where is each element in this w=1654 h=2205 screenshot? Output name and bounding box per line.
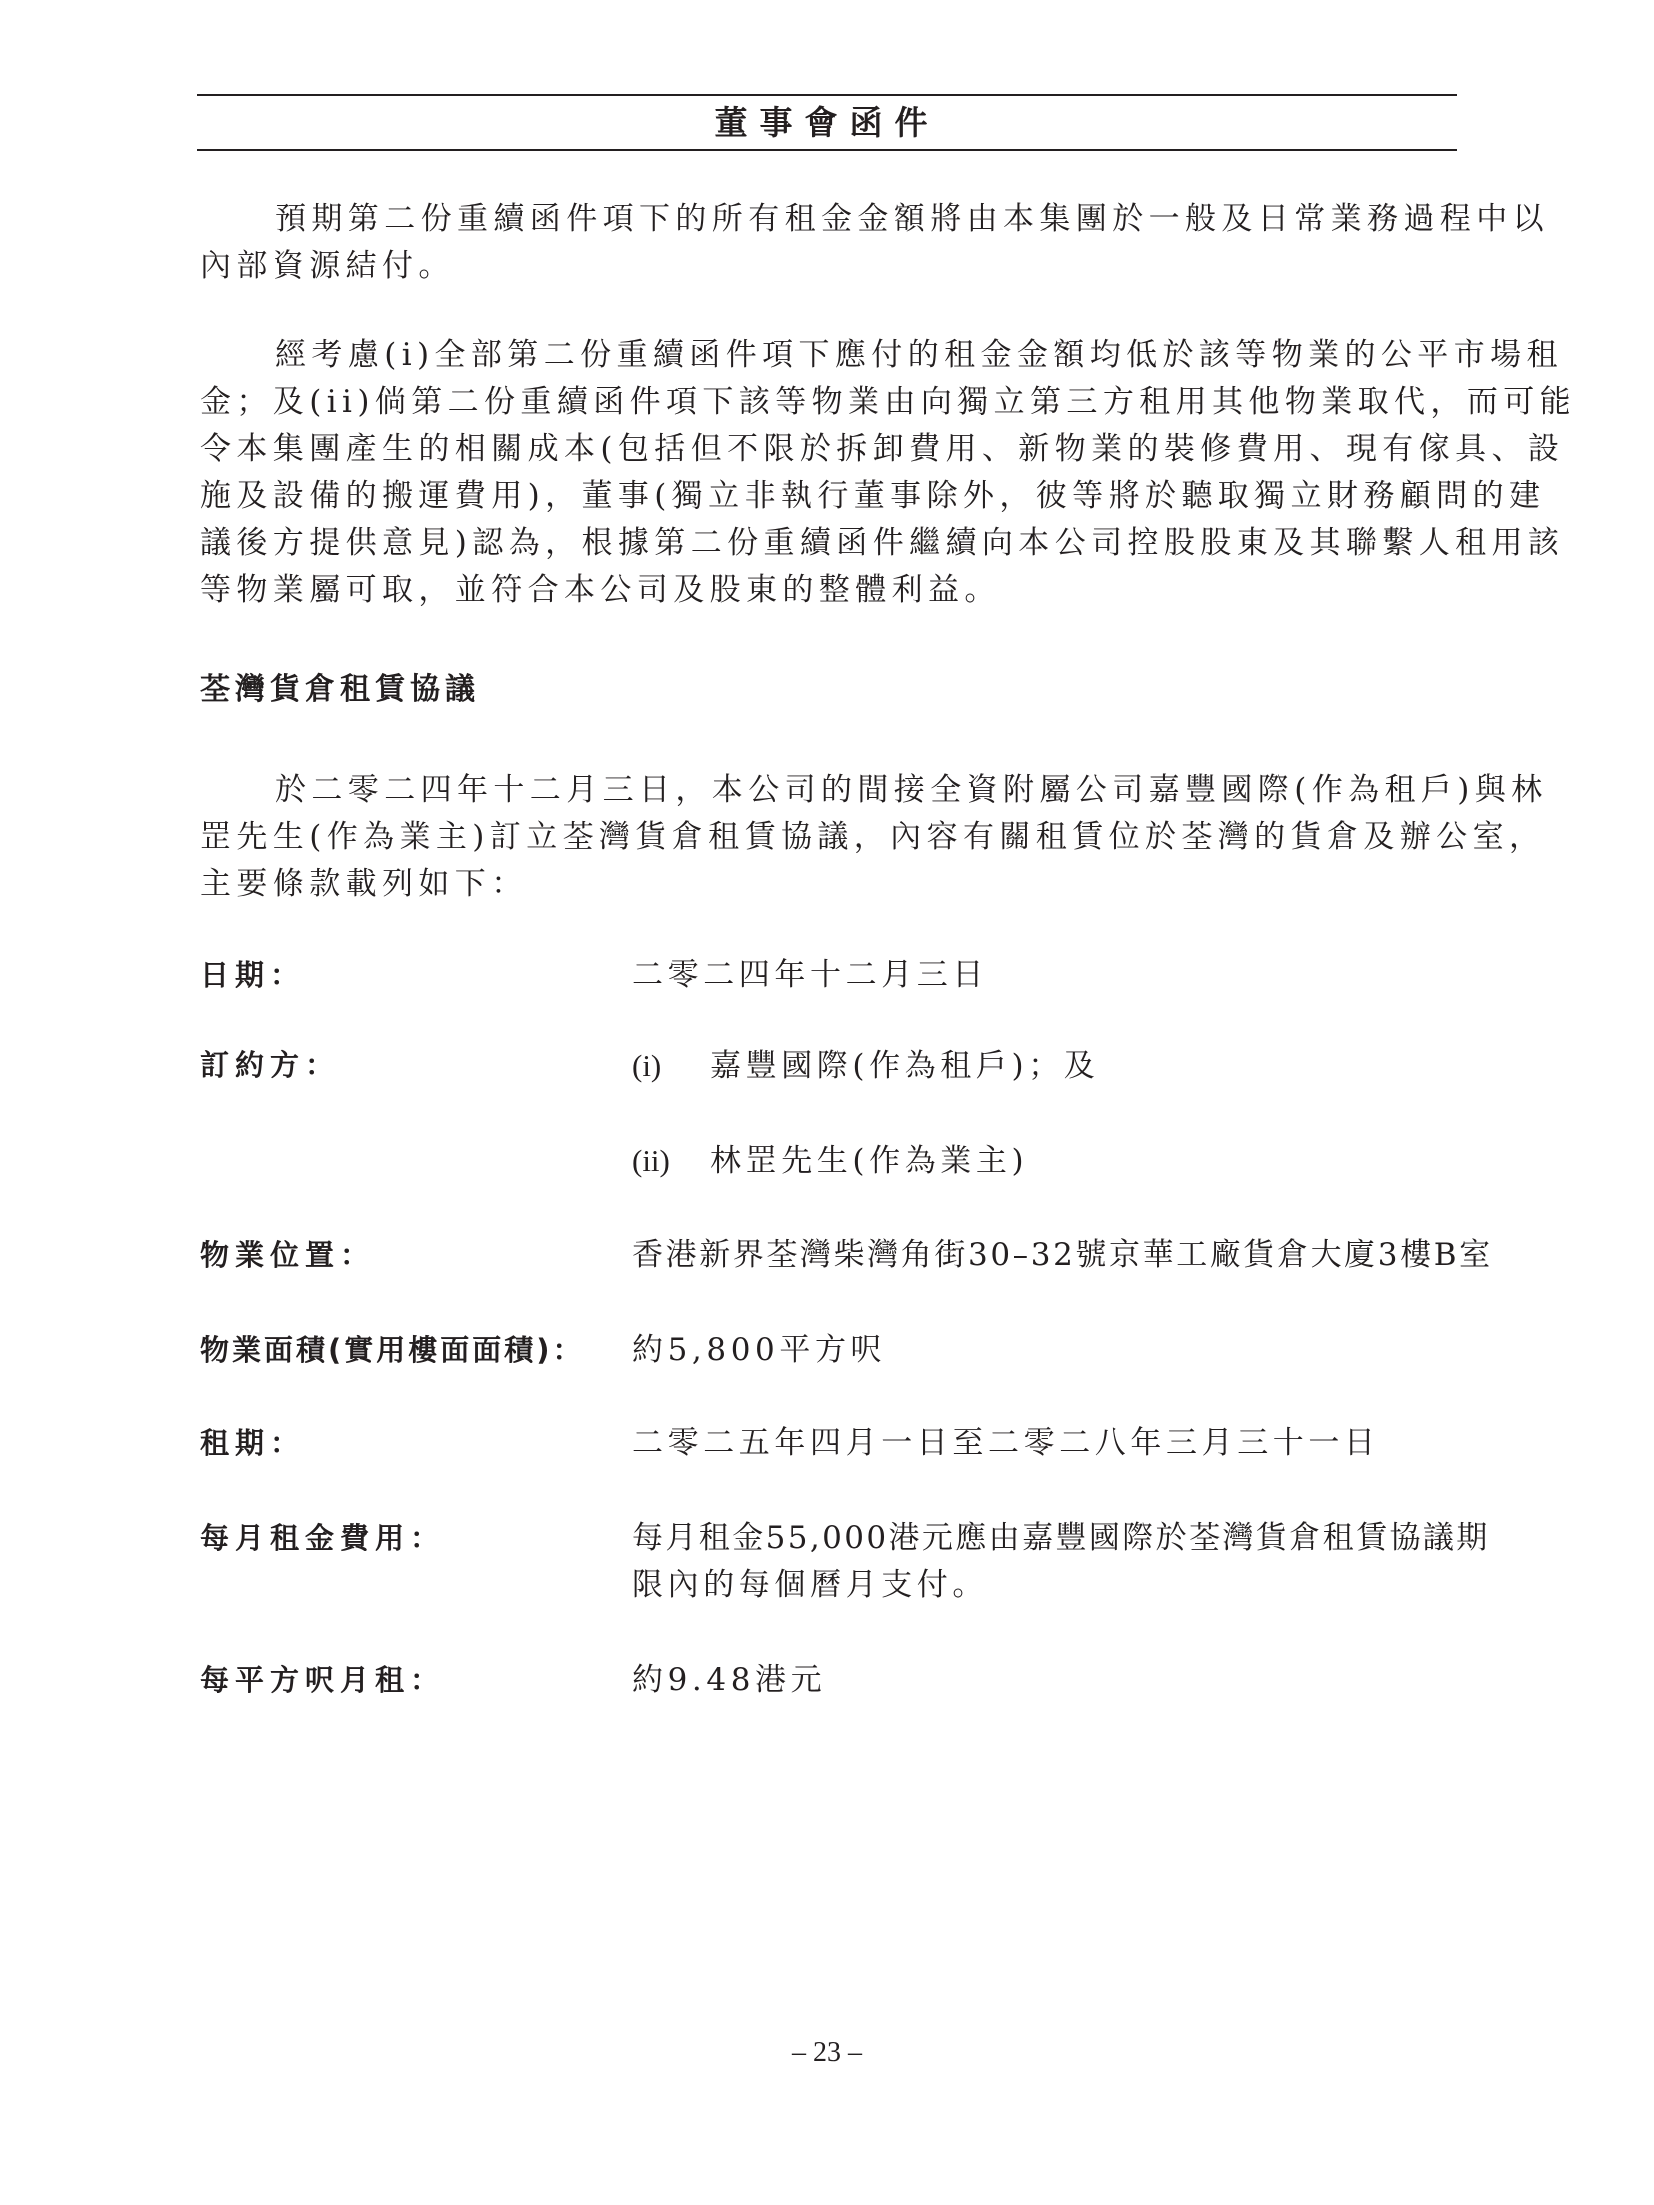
- paragraph-lease-intro: 於二零二四年十二月三日，本公司的間接全資附屬公司嘉豐國際(作為租戶)與林 罡先生…: [200, 767, 1456, 908]
- term-value: 二零二五年四月一日至二零二八年三月三十一日: [632, 1420, 1456, 1467]
- term-label: 每平方呎月租：: [200, 1657, 445, 1704]
- paragraph-directors-view: 經考慮(i)全部第二份重續函件項下應付的租金金額均低於該等物業的公平市場租 金；…: [200, 332, 1456, 614]
- term-value-text: 每月租金55,000港元應由嘉豐國際於荃灣貨倉租賃協議期: [632, 1515, 1456, 1562]
- party-text: 林罡先生(作為業主): [710, 1143, 1028, 1179]
- paragraph-line: 預期第二份重續函件項下的所有租金金額將由本集團於一般及日常業務過程中以: [200, 196, 1456, 243]
- paragraph-line: 內部資源結付。: [200, 243, 1456, 290]
- term-value: 約5,800平方呎: [632, 1327, 1456, 1374]
- term-value-text: 香港新界荃灣柴灣角街30–32號京華工廠貨倉大廈3樓B室: [632, 1232, 1456, 1279]
- paragraph-line: 等物業屬可取，並符合本公司及股東的整體利益。: [200, 567, 1456, 614]
- page-header-title: 董事會函件: [197, 101, 1457, 145]
- paragraph-line: 主要條款載列如下：: [200, 861, 1456, 908]
- term-value: (ii)林罡先生(作為業主): [632, 1137, 1456, 1185]
- paragraph-funding: 預期第二份重續函件項下的所有租金金額將由本集團於一般及日常業務過程中以 內部資源…: [200, 196, 1456, 290]
- paragraph-line: 罡先生(作為業主)訂立荃灣貨倉租賃協議，內容有關租賃位於荃灣的貨倉及辦公室，: [200, 814, 1456, 861]
- term-label: 物業位置：: [200, 1232, 375, 1279]
- paragraph-line: 令本集團產生的相關成本(包括但不限於拆卸費用、新物業的裝修費用、現有傢具、設: [200, 426, 1456, 473]
- page-number: – 23 –: [0, 2034, 1654, 2072]
- paragraph-line: 經考慮(i)全部第二份重續函件項下應付的租金金額均低於該等物業的公平市場租: [200, 332, 1456, 379]
- term-value: 香港新界荃灣柴灣角街30–32號京華工廠貨倉大廈3樓B室: [632, 1232, 1456, 1279]
- term-value-text: 限內的每個曆月支付。: [632, 1562, 1456, 1609]
- term-value: 二零二四年十二月三日: [632, 952, 1456, 999]
- paragraph-line: 於二零二四年十二月三日，本公司的間接全資附屬公司嘉豐國際(作為租戶)與林: [200, 767, 1456, 814]
- party-item: (ii)林罡先生(作為業主): [632, 1143, 1028, 1179]
- term-value-text: 約9.48港元: [632, 1657, 1456, 1704]
- paragraph-line: 施及設備的搬運費用)，董事(獨立非執行董事除外，彼等將於聽取獨立財務顧問的建: [200, 473, 1456, 520]
- term-value: 約9.48港元: [632, 1657, 1456, 1704]
- party-numeral: (ii): [632, 1137, 710, 1184]
- header-top-rule: [197, 94, 1457, 96]
- term-label: 租期：: [200, 1420, 305, 1467]
- term-value-text: 約5,800平方呎: [632, 1327, 1456, 1374]
- party-item: (i)嘉豐國際(作為租戶)；及: [632, 1048, 1099, 1084]
- party-numeral: (i): [632, 1042, 710, 1089]
- term-value-text: 二零二五年四月一日至二零二八年三月三十一日: [632, 1420, 1456, 1467]
- term-label: 訂約方：: [200, 1042, 340, 1089]
- term-value: (i)嘉豐國際(作為租戶)；及: [632, 1042, 1456, 1090]
- term-label: 日期：: [200, 952, 305, 999]
- paragraph-line: 金；及(ii)倘第二份重續函件項下該等物業由向獨立第三方租用其他物業取代，而可能: [200, 379, 1456, 426]
- term-label: 每月租金費用：: [200, 1515, 445, 1562]
- party-text: 嘉豐國際(作為租戶)；及: [710, 1048, 1099, 1084]
- term-value: 每月租金55,000港元應由嘉豐國際於荃灣貨倉租賃協議期 限內的每個曆月支付。: [632, 1515, 1456, 1609]
- paragraph-line: 議後方提供意見)認為，根據第二份重續函件繼續向本公司控股股東及其聯繫人租用該: [200, 520, 1456, 567]
- header-bottom-rule: [197, 149, 1457, 151]
- section-heading: 荃灣貨倉租賃協議: [200, 668, 480, 712]
- term-value-text: 二零二四年十二月三日: [632, 952, 1456, 999]
- term-label: 物業面積(實用樓面面積)：: [200, 1327, 585, 1374]
- document-page: 董事會函件 預期第二份重續函件項下的所有租金金額將由本集團於一般及日常業務過程中…: [0, 0, 1654, 2205]
